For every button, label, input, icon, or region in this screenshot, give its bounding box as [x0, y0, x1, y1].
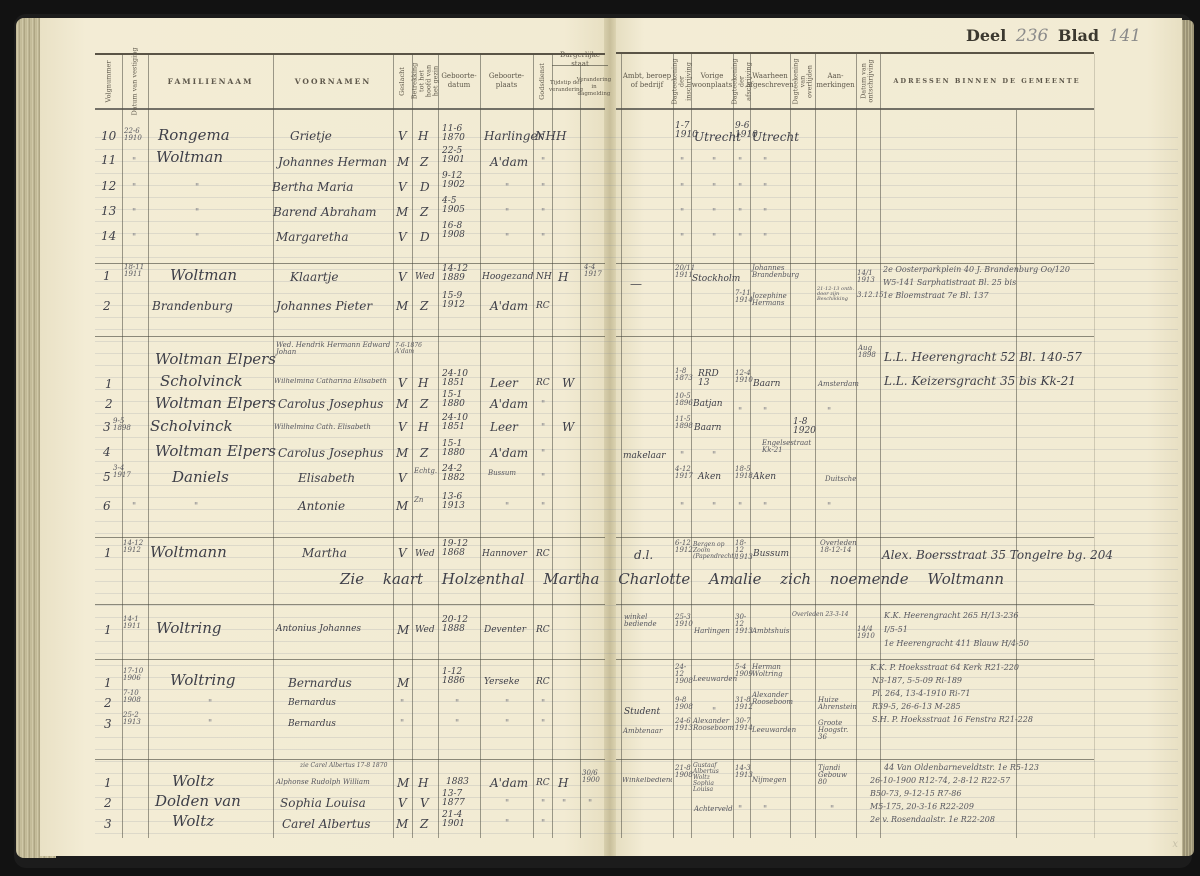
surname: Woltring — [170, 673, 236, 688]
address-line: K.K. Heerengracht 265 H/13-236 — [884, 612, 1018, 620]
sex: V — [398, 377, 407, 389]
row-number: 11 — [101, 154, 116, 166]
birth-place: Leer — [490, 377, 518, 389]
first-names: Bernardus — [288, 720, 336, 729]
address-line: W5-141 Sarphatistraat Bl. 25 bis — [883, 279, 1016, 287]
destination: " — [763, 209, 767, 218]
sex: " — [400, 700, 404, 709]
settle-date: 7-10 1908 — [123, 690, 145, 704]
registration-date: " — [680, 503, 684, 512]
occupation: d.l. — [634, 549, 653, 561]
occupation: — — [630, 278, 642, 290]
address-line: L.L. Keizersgracht 35 bis Kk-21 — [884, 375, 1076, 387]
settle-date: 18-11 1911 — [124, 264, 146, 278]
row-number: 3 — [104, 818, 112, 830]
first-names: Bertha Maria — [272, 181, 353, 193]
settle-date: " — [132, 503, 136, 512]
address-line: N3-187, 5-5-09 Ri-189 — [872, 677, 962, 685]
address-line: Pl. 264, 13-4-1910 Ri-71 — [872, 690, 970, 698]
surname: Daniels — [172, 470, 229, 485]
remarks: Duitsche — [825, 476, 856, 483]
blad-value: 141 — [1109, 26, 1141, 46]
first-names: Martha — [302, 547, 347, 559]
sex: V — [398, 231, 407, 243]
registration-date: 4-12 1917 — [675, 466, 691, 480]
surname: Woltring — [156, 621, 222, 636]
row-number: 1 — [104, 677, 112, 689]
deregistration-date: " — [738, 806, 742, 815]
destination: Johannes Brandenburg — [752, 265, 792, 279]
relation: Z — [420, 818, 428, 830]
deregistration-date: " — [738, 408, 742, 417]
surname: " — [208, 720, 212, 729]
previous-residence: Batjan — [693, 400, 723, 409]
birth-date: 15-9 1912 — [442, 292, 478, 310]
col-divider — [621, 54, 622, 838]
birth-place: Hoogezand — [482, 273, 533, 282]
deregistration-date: 18-12 1913 — [735, 540, 751, 561]
address-line: S.H. P. Hoeksstraat 16 Fenstra R21-228 — [872, 716, 1033, 724]
surname: Woltman — [170, 268, 237, 283]
destination: Nijmegen — [752, 777, 786, 784]
religion: " — [541, 720, 545, 729]
col-header-aanmerkingen: Aan-merkingen — [815, 54, 856, 108]
household-separator — [616, 659, 1094, 660]
remarks: Overleden 18-12-14 — [820, 540, 854, 554]
surname: Woltman — [156, 150, 223, 165]
birth-date: 11-6 1870 — [442, 125, 478, 143]
address-line: I/5-51 — [884, 626, 908, 634]
address-line: 26-10-1900 R12-74, 2-8-12 R22-57 — [870, 777, 1010, 785]
surname: " — [195, 184, 199, 193]
registration-date: " — [680, 452, 684, 461]
col-divider — [1016, 110, 1017, 838]
sex: V — [398, 547, 407, 559]
surname: Rongema — [158, 128, 230, 143]
deregistration-date: 30-7 1914 — [735, 718, 751, 732]
address-line: 2e v. Rosendaalstr. 1e R22-208 — [870, 816, 995, 824]
sex: " — [400, 720, 404, 729]
surname: Woltmann — [150, 545, 227, 560]
col-divider — [856, 54, 857, 838]
settle-date: " — [132, 234, 136, 243]
religion: " — [541, 450, 545, 459]
sex: M — [397, 677, 409, 689]
previous-residence: " — [712, 234, 716, 243]
col-header-beroep: Ambt, beroep of bedrijf — [621, 54, 673, 108]
cross-reference-note: Zie kaart Holzenthal Martha Charlotte Am… — [340, 572, 1004, 587]
destination: Leeuwarden — [752, 727, 796, 734]
settle-date: 14-1 1911 — [123, 616, 145, 630]
sex: M — [397, 156, 409, 168]
address-line: K.K. P. Hoeksstraat 64 Kerk R21-220 — [870, 664, 1019, 672]
first-names: Alphonse Rudolph William — [276, 779, 370, 786]
birth-place: " — [505, 503, 509, 512]
religion: " — [541, 800, 545, 809]
col-header-geboorteplaats: Geboorte-plaats — [480, 54, 533, 108]
relation: H — [418, 421, 428, 433]
deregistration-entry: 14/1 1913 — [857, 270, 879, 284]
remarks: " — [830, 806, 834, 815]
deregistration-date: 14-3 1913 — [735, 765, 751, 779]
previous-residence: Harlingen — [694, 628, 730, 635]
row-number: 6 — [103, 500, 111, 512]
occupation: makelaar — [623, 452, 666, 461]
col-header-voornamen: VOORNAMEN — [273, 54, 393, 108]
relation: Z — [420, 398, 428, 410]
address-line: Alex. Boersstraat 35 Tongelre bg. 204 — [882, 549, 1113, 561]
registration-date: 6-12 1912 — [675, 540, 691, 554]
row-number: 1 — [105, 378, 113, 390]
civil-status: W — [562, 421, 574, 433]
deregistration-date: " — [738, 184, 742, 193]
household-separator — [616, 759, 1094, 760]
col-header-familienaam: FAMILIENAAM — [148, 54, 273, 108]
birth-date: 20-12 1888 — [442, 616, 478, 634]
religion: RC — [536, 626, 550, 635]
first-names: Elisabeth — [298, 472, 355, 484]
sex: M — [397, 624, 409, 636]
birth-date: 24-10 1851 — [442, 414, 478, 432]
civil-status: H — [556, 130, 566, 142]
previous-residence: " — [712, 452, 716, 461]
occupation: Winkelbediende — [622, 777, 672, 784]
deregistration-entry: 14/4 1910 — [857, 626, 879, 640]
birth-place: " — [505, 800, 509, 809]
birth-date: 22-5 1901 — [442, 147, 478, 165]
address-line: 1e Heerengracht 411 Blauw H/4-50 — [884, 640, 1029, 648]
first-names: Johannes Herman — [278, 156, 387, 168]
religion: " — [541, 700, 545, 709]
birth-date: 19-12 1868 — [442, 540, 478, 558]
sex: V — [398, 130, 407, 142]
birth-place: A'dam — [490, 777, 528, 789]
sex: V — [398, 271, 407, 283]
birth-place: " — [505, 820, 509, 829]
col-header-dag-inschrijving: Dagteekening der inschrijving — [673, 54, 691, 108]
relation: H — [418, 777, 428, 789]
birth-place: " — [505, 234, 509, 243]
surname: " — [195, 209, 199, 218]
col-divider — [438, 54, 439, 838]
settle-date: 25-2 1913 — [123, 712, 145, 726]
registration-date: " — [680, 158, 684, 167]
household-separator — [616, 604, 1094, 605]
deregistration-date: 9-6 1910 — [735, 122, 751, 140]
row-number: 5 — [103, 471, 111, 483]
birth-place: Leer — [490, 421, 518, 433]
sex: V — [398, 181, 407, 193]
relation: D — [420, 181, 430, 193]
previous-residence: Baarn — [694, 424, 721, 433]
destination: Engelsestraat Kk-21 — [762, 440, 792, 454]
first-names: Barend Abraham — [273, 206, 377, 218]
religion: NH — [535, 130, 556, 142]
col-divider — [691, 54, 692, 838]
row-number: 2 — [104, 797, 112, 809]
deregistration-date: " — [738, 234, 742, 243]
civil-status-date: " — [588, 800, 592, 809]
occupation: Student — [624, 708, 660, 717]
col-divider — [412, 54, 413, 838]
settle-date: " — [132, 209, 136, 218]
relation: Z — [420, 300, 428, 312]
first-names: Carel Albertus — [282, 818, 371, 830]
relation: Z — [420, 156, 428, 168]
previous-residence: Bergen op Zoom (Papendrecht) — [693, 542, 733, 560]
col-header-tijdstip: Tijdstip der verandering — [552, 66, 580, 108]
col-header-geboortedatum: Geboorte-datum — [438, 54, 480, 108]
registration-date: " — [680, 184, 684, 193]
relation: D — [420, 231, 430, 243]
settle-date: 14-12 1912 — [123, 540, 145, 554]
destination: " — [763, 408, 767, 417]
col-divider — [148, 54, 149, 838]
religion: " — [541, 503, 545, 512]
religion: " — [541, 184, 545, 193]
surname: Brandenburg — [152, 300, 233, 312]
first-names: Carolus Josephus — [278, 447, 383, 459]
col-header-dag-overlijden: Dagteekening van overlijden — [790, 54, 815, 108]
sex: V — [398, 797, 407, 809]
registration-date: " — [680, 234, 684, 243]
col-divider — [480, 54, 481, 838]
deregistration-date: " — [738, 158, 742, 167]
deregistration-date: 18-5 1918 — [735, 466, 751, 480]
col-divider — [393, 54, 394, 838]
destination: Alexander Rooseboom — [752, 692, 790, 706]
deregistration-entry: Aug 1898 — [858, 345, 878, 359]
sex: M — [397, 777, 409, 789]
deregistration-date: " — [738, 503, 742, 512]
birth-place: " — [505, 700, 509, 709]
row-number: 1 — [104, 547, 112, 559]
birth-place: " — [505, 720, 509, 729]
destination: Baarn — [753, 380, 780, 389]
civil-status: H — [558, 271, 568, 283]
settle-date: 3-4 1917 — [113, 465, 131, 479]
surname: Woltz — [172, 774, 214, 789]
col-header-adressen: ADRESSEN BINNEN DE GEMEENTE — [880, 54, 1094, 108]
religion: " — [541, 158, 545, 167]
birth-place: A'dam — [490, 398, 528, 410]
surname: " — [194, 503, 198, 512]
deel-value: 236 — [1016, 26, 1048, 46]
col-header-burgerlijke-staat: Burgerlijke staat — [552, 54, 608, 65]
row-number: 1 — [104, 777, 112, 789]
religion: RC — [536, 550, 550, 559]
registration-date: 21-8 1908 — [675, 765, 691, 779]
household-note: Wed. Hendrik Hermann Edward Johan — [276, 342, 391, 356]
previous-residence: " — [712, 503, 716, 512]
row-number: 10 — [101, 130, 116, 142]
registration-date: 25-3 1910 — [675, 614, 691, 628]
settle-date: 17-10 1906 — [123, 668, 145, 682]
row-number: 12 — [101, 180, 116, 192]
col-header-betrekking: Betrekking tot het hoofd van het gezin — [412, 54, 438, 108]
previous-residence: Achterveld — [694, 806, 733, 813]
remarks: 21-12-13 ontb. door zijn Beschikking — [817, 287, 857, 302]
relation: Wed — [415, 273, 435, 282]
previous-residence: " — [712, 708, 716, 717]
birth-date: " — [455, 700, 459, 709]
surname: Dolden van — [155, 794, 241, 809]
death-date: 1-8 1920 — [793, 418, 813, 436]
first-names: Antonie — [298, 500, 345, 512]
deregistration-date: 5-4 1909 — [735, 664, 751, 678]
destination: Herman Woltring — [752, 664, 788, 678]
sex: V — [398, 472, 407, 484]
household-separator — [95, 336, 605, 337]
registration-date: 10-5 1896 — [675, 393, 691, 407]
deregistration-date: 31-8 1912 — [735, 697, 751, 711]
destination: Jozephine Hermans — [752, 293, 788, 307]
birth-date: 1883 — [446, 778, 469, 787]
col-divider — [580, 66, 581, 838]
row-number: 3 — [103, 421, 111, 433]
registration-date: 9-8 1908 — [675, 697, 691, 711]
col-header-vorige-woonplaats: Vorige woonplaats — [691, 54, 733, 108]
row-number: 13 — [101, 205, 116, 217]
remarks: Amsterdam — [818, 381, 859, 388]
first-names: Antonius Johannes — [276, 625, 361, 634]
surname: Scholvinck — [160, 374, 243, 389]
surname: " — [195, 234, 199, 243]
row-number: 1 — [104, 624, 112, 636]
civil-status-date: 4-4 1917 — [584, 264, 604, 278]
sex: M — [396, 398, 408, 410]
birth-place: A'dam — [490, 447, 528, 459]
address-line: B50-73, 9-12-15 R7-86 — [870, 790, 961, 798]
corner-mark: x — [1172, 839, 1178, 850]
surname: Woltman Elpers — [155, 444, 276, 459]
first-names: Carolus Josephus — [278, 398, 383, 410]
col-header-verandering: Verandering in dagmelding — [580, 66, 608, 108]
address-line: 1e Bloemstraat 7e Bl. 137 — [883, 292, 989, 300]
religion: " — [541, 401, 545, 410]
destination: " — [763, 806, 767, 815]
religion: RC — [536, 678, 550, 687]
deregistration-date: " — [738, 209, 742, 218]
deregistration-date: 30-12 1913 — [735, 614, 751, 635]
header-bottom-rule — [95, 108, 605, 110]
registration-date: " — [680, 209, 684, 218]
first-names: Wilhelmina Catharina Elisabeth — [274, 378, 394, 385]
col-divider — [815, 54, 816, 838]
deel-label: Deel — [966, 26, 1006, 45]
relation: V — [420, 797, 429, 809]
remarks: " — [827, 503, 831, 512]
destination: " — [763, 503, 767, 512]
birth-date: 15-1 1880 — [442, 440, 478, 458]
occupation: winkel bediende — [624, 614, 672, 628]
settle-date: " — [132, 158, 136, 167]
first-names: Wilhelmina Cath. Elisabeth — [274, 424, 371, 431]
header-bottom-rule-right — [616, 108, 1094, 110]
birth-date: 9-12 1902 — [442, 172, 478, 190]
previous-residence: Utrecht — [694, 131, 741, 143]
registration-date: 1-8 1873 — [675, 368, 691, 382]
remarks: " — [827, 408, 831, 417]
religion: " — [541, 820, 545, 829]
birth-date: 13-7 1877 — [442, 790, 478, 808]
registration-date: 24-6 1913 — [675, 718, 691, 732]
birth-date: 24-2 1882 — [442, 465, 478, 483]
col-header-volgnummer: Volgnummer — [95, 54, 122, 108]
relation: H — [418, 377, 428, 389]
birth-date: 15-1 1880 — [442, 391, 478, 409]
destination: " — [763, 184, 767, 193]
relation: Z — [420, 206, 428, 218]
destination: Utrecht — [752, 131, 799, 143]
religion: NH — [536, 273, 552, 282]
household-separator — [616, 336, 1094, 337]
previous-residence: " — [712, 158, 716, 167]
first-names: Margaretha — [276, 231, 349, 243]
surname: Woltz — [172, 814, 214, 829]
birth-date: 4-5 1905 — [442, 197, 478, 215]
row-number: 3 — [104, 718, 112, 730]
remarks: Huize Ahrenstein — [818, 697, 856, 711]
col-divider — [552, 54, 553, 838]
col-header-geslacht: Geslacht — [393, 54, 412, 108]
row-number: 2 — [103, 300, 111, 312]
first-names: Klaartje — [290, 271, 339, 283]
religion: " — [541, 209, 545, 218]
sex: M — [396, 300, 408, 312]
previous-residence: RRD 13 — [698, 370, 728, 388]
household-separator — [616, 537, 1094, 538]
occupation: Ambtenaar — [623, 728, 662, 735]
previous-residence: Leeuwarden — [693, 676, 737, 683]
row-number: 1 — [103, 270, 111, 282]
remarks: Groote Hoogstr. 36 — [818, 720, 856, 741]
sex: V — [398, 421, 407, 433]
address-line: L.L. Heerengracht 52 Bl. 140-57 — [884, 351, 1082, 363]
first-names: Sophia Louisa — [280, 797, 366, 809]
birth-place: " — [505, 209, 509, 218]
birth-place: Yerseke — [484, 678, 520, 687]
birth-date: 24-10 1851 — [442, 370, 478, 388]
col-header-datum-ontschrijving: Datum van ontschrijving — [856, 54, 880, 108]
birth-date: 16-8 1908 — [442, 222, 478, 240]
registration-date: 20/11 1911 — [675, 265, 691, 279]
surname: Woltman Elpers — [155, 396, 276, 411]
previous-residence: Stockholm — [692, 275, 740, 284]
row-number: 2 — [105, 398, 113, 410]
birth-place: A'dam — [490, 300, 528, 312]
birth-date: 21-4 1901 — [442, 811, 478, 829]
household-separator — [95, 537, 605, 538]
sex: M — [396, 818, 408, 830]
surname: " — [208, 700, 212, 709]
sex: M — [396, 206, 408, 218]
destination: Bussum — [753, 550, 789, 559]
relation: Zn — [414, 497, 423, 504]
relation: Echtg. — [414, 468, 436, 475]
address-line: 44 Van Oldenbarneveldtstr. 1e R5-123 — [884, 764, 1039, 772]
birth-date: " — [455, 720, 459, 729]
household-separator — [95, 659, 605, 660]
first-names: Bernardus — [288, 677, 352, 689]
relation: Wed — [415, 550, 435, 559]
destination: Ambtshuis — [752, 628, 789, 635]
row-number: 14 — [101, 230, 116, 242]
civil-status-date: 30/6 1900 — [582, 770, 604, 784]
deregistration-entry: 3.12.15 — [857, 292, 884, 299]
row-number: 2 — [104, 697, 112, 709]
col-header-waarheen: Waarheen afgeschreven — [750, 54, 790, 108]
